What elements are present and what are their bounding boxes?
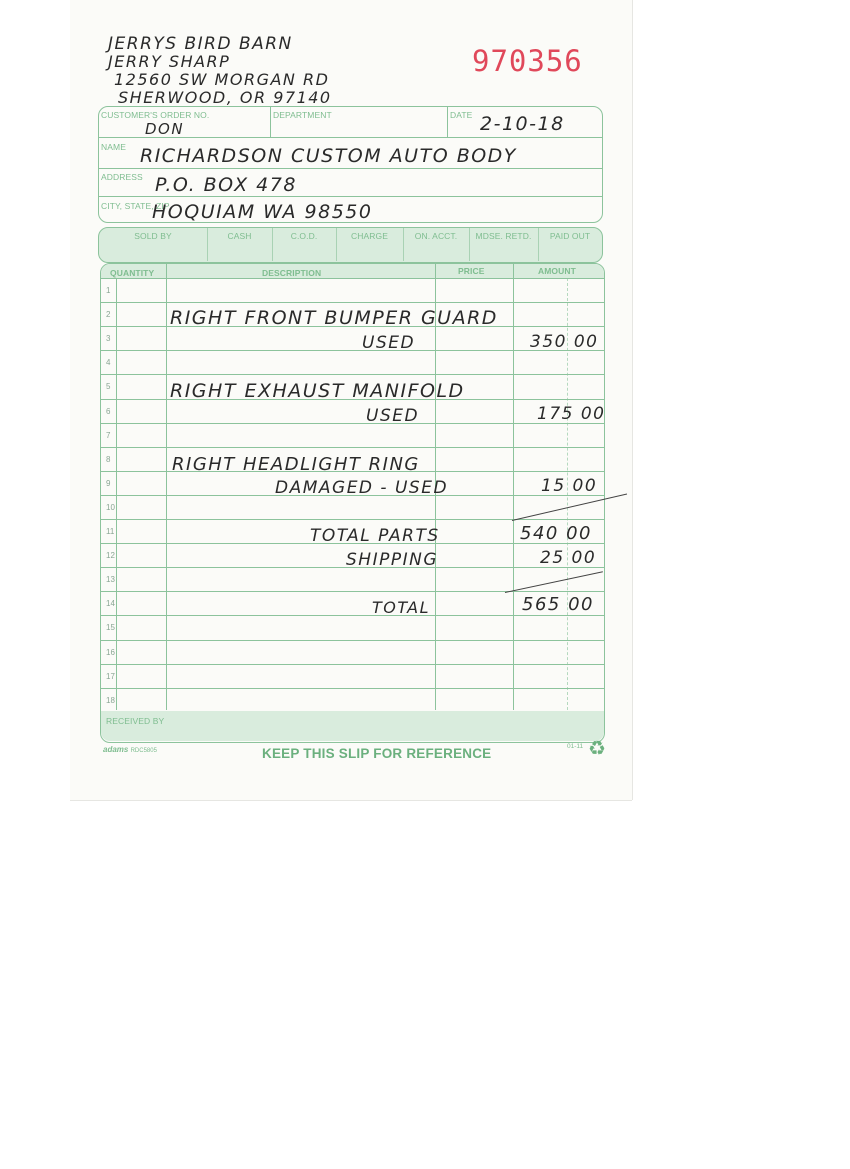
row-number: 17 <box>106 672 118 681</box>
divider <box>99 196 602 197</box>
divider <box>99 168 602 169</box>
total-label: TOTAL <box>372 598 430 617</box>
divider <box>270 107 271 137</box>
line-item-amount: 350 00 <box>530 332 598 352</box>
description-header: DESCRIPTION <box>262 268 321 278</box>
line-item-amount: 175 00 <box>537 404 605 424</box>
payment-option-cash: CASH <box>207 231 272 241</box>
customer-name-value: RICHARDSON CUSTOM AUTO BODY <box>140 145 517 167</box>
line-item-description: RIGHT HEADLIGHT RING <box>172 454 420 475</box>
payment-option-on-acct: ON. ACCT. <box>403 231 469 241</box>
divider <box>207 228 208 261</box>
row-divider <box>101 374 604 375</box>
received-by-band <box>101 711 604 741</box>
row-number: 10 <box>106 503 118 512</box>
customers-order-no-value: DON <box>145 120 184 138</box>
row-number: 18 <box>106 696 118 705</box>
received-by-label: RECEIVED BY <box>106 716 164 726</box>
price-header: PRICE <box>458 266 484 276</box>
row-divider <box>101 591 604 592</box>
row-number: 1 <box>106 286 118 295</box>
row-divider <box>101 423 604 424</box>
shipping-label: SHIPPING <box>346 550 438 570</box>
row-number: 12 <box>106 551 118 560</box>
payment-option-c-o-d: C.O.D. <box>272 231 336 241</box>
line-item-description: RIGHT FRONT BUMPER GUARD <box>170 307 498 329</box>
table-header-band <box>101 264 604 278</box>
row-number: 13 <box>106 575 118 584</box>
row-divider <box>101 640 604 641</box>
row-number: 3 <box>106 334 118 343</box>
payment-option-charge: CHARGE <box>336 231 403 241</box>
row-divider <box>101 615 604 616</box>
row-divider <box>101 519 604 520</box>
address-label: ADDRESS <box>101 172 143 182</box>
line-item-description: USED <box>366 406 419 426</box>
keep-slip-notice: KEEP THIS SLIP FOR REFERENCE <box>262 746 491 761</box>
divider <box>272 228 273 261</box>
row-number: 14 <box>106 599 118 608</box>
customer-city-state-zip-value: HOQUIAM WA 98550 <box>152 201 372 223</box>
total-parts-amount: 540 00 <box>520 523 592 544</box>
row-divider <box>101 350 604 351</box>
adams-logo: adams RDC5805 <box>103 745 157 754</box>
row-number: 15 <box>106 623 118 632</box>
payment-option-paid-out: PAID OUT <box>538 231 602 241</box>
divider <box>538 228 539 261</box>
row-number: 8 <box>106 455 118 464</box>
quantity-header: QUANTITY <box>110 268 154 278</box>
serial-number: 970356 <box>472 44 583 78</box>
divider <box>336 228 337 261</box>
row-number: 9 <box>106 479 118 488</box>
form-revision: 01-11 <box>567 743 583 750</box>
name-label: NAME <box>101 142 126 152</box>
seller-owner-name: JERRY SHARP <box>108 52 230 71</box>
line-item-amount: 15 00 <box>541 476 597 496</box>
row-number: 5 <box>106 382 118 391</box>
row-divider <box>101 278 604 279</box>
line-item-description: DAMAGED - USED <box>275 478 448 498</box>
customers-order-no-label: CUSTOMER'S ORDER NO. <box>101 110 209 120</box>
payment-option-sold-by: SOLD BY <box>99 231 207 241</box>
customer-address-value: P.O. BOX 478 <box>155 174 297 196</box>
seller-business-name: JERRYS BIRD BARN <box>108 34 293 54</box>
department-label: DEPARTMENT <box>273 110 332 120</box>
line-item-description: USED <box>362 333 415 353</box>
row-number: 2 <box>106 310 118 319</box>
row-number: 16 <box>106 648 118 657</box>
payment-option-mdse-retd: MDSE. RETD. <box>469 231 538 241</box>
quantity-divider <box>166 264 167 710</box>
row-divider <box>101 302 604 303</box>
line-item-description: RIGHT EXHAUST MANIFOLD <box>170 380 465 402</box>
total-amount: 565 00 <box>522 594 594 615</box>
total-parts-label: TOTAL PARTS <box>310 526 440 546</box>
row-number: 6 <box>106 407 118 416</box>
shipping-amount: 25 00 <box>540 548 596 568</box>
row-divider <box>101 688 604 689</box>
date-value: 2-10-18 <box>480 113 565 135</box>
row-number: 4 <box>106 358 118 367</box>
amount-header: AMOUNT <box>538 266 576 276</box>
recycle-icon: ♻ <box>588 739 606 759</box>
seller-street: 12560 SW MORGAN RD <box>114 70 329 89</box>
price-divider <box>513 264 514 710</box>
seller-city-state-zip: SHERWOOD, OR 97140 <box>118 88 332 107</box>
row-number: 11 <box>106 527 118 536</box>
row-number: 7 <box>106 431 118 440</box>
date-label: DATE <box>450 110 472 120</box>
row-divider <box>101 447 604 448</box>
row-divider <box>101 664 604 665</box>
divider <box>403 228 404 261</box>
divider <box>469 228 470 261</box>
divider <box>447 107 448 137</box>
